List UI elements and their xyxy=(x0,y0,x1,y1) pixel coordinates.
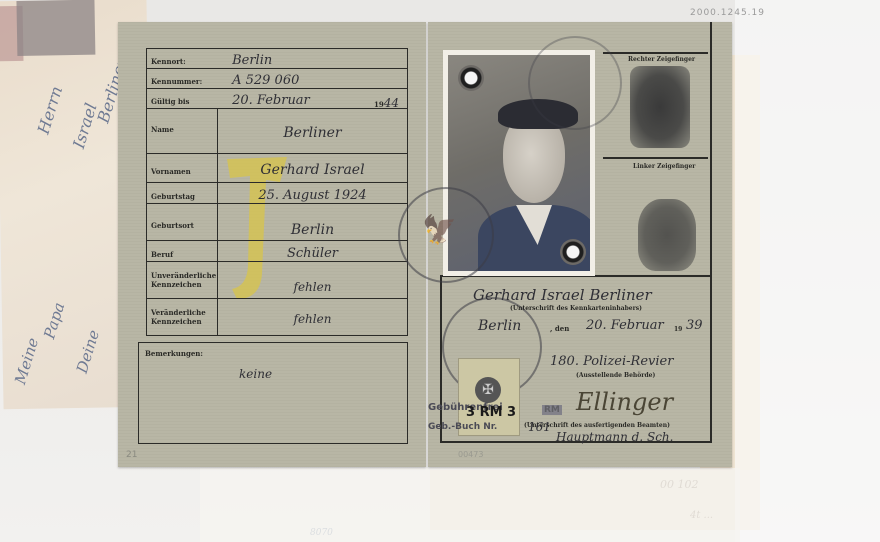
table-row: Kennummer: A 529 060 xyxy=(147,69,408,89)
table-row: Unveränderliche Kennzeichen fehlen xyxy=(147,262,408,299)
field-label: Kennummer: xyxy=(151,77,215,86)
left-finger-label: Linker Zeigefinger xyxy=(633,163,695,170)
issue-place: Berlin xyxy=(478,318,521,334)
letter-text: Herrn xyxy=(34,84,67,136)
field-label: Unveränderliche Kennzeichen xyxy=(151,271,213,289)
issuing-authority-caption: (Ausstellende Behörde) xyxy=(576,372,655,379)
issue-date: 20. Februar xyxy=(586,318,664,333)
archive-number: 2000.1245.19 xyxy=(690,8,765,18)
field-value: fehlen xyxy=(294,312,332,326)
table-row: Kennort: Berlin xyxy=(147,49,408,69)
divider xyxy=(603,52,708,54)
left-index-fingerprint xyxy=(638,199,696,271)
field-value: fehlen xyxy=(294,280,332,294)
emblem-icon: ✠ xyxy=(475,377,501,403)
kennkarte-right-page: Rechter Zeigefinger Linker Zeigefinger 🦅 xyxy=(428,22,732,467)
year-prefix: 19 xyxy=(374,100,384,109)
table-row: Name Berliner xyxy=(147,109,408,154)
police-seal xyxy=(528,36,622,130)
remarks-label: Bemerkungen: xyxy=(145,349,203,358)
eyelet-icon xyxy=(458,65,484,91)
field-value: Berlin xyxy=(291,222,334,238)
divider xyxy=(440,275,442,443)
issuing-authority: 180. Polizei-Revier xyxy=(550,354,673,369)
postage-stamp xyxy=(16,0,95,56)
field-value: Berliner xyxy=(283,125,341,141)
personal-data-table: Kennort: Berlin Kennummer: A 529 060 Gül… xyxy=(146,48,408,336)
archival-tissue xyxy=(200,468,740,542)
field-label: Name xyxy=(151,125,174,134)
holder-signature: Gerhard Israel Berliner xyxy=(473,286,652,304)
field-value: Gerhard Israel xyxy=(260,162,364,178)
table-row: Veränderliche Kennzeichen fehlen xyxy=(147,299,408,336)
right-index-fingerprint xyxy=(630,66,690,148)
field-value: Schüler xyxy=(287,246,338,261)
fee-stamp-extra: RM xyxy=(542,405,562,415)
table-row: Gültig bis 20. Februar 1944 xyxy=(147,89,408,109)
fee-amount: 3 RM 3 xyxy=(466,405,516,420)
table-row: Beruf Schüler xyxy=(147,241,408,262)
police-seal: 🦅 xyxy=(398,187,494,283)
den-label: , den xyxy=(550,324,569,333)
eyelet-icon xyxy=(560,239,586,265)
divider xyxy=(603,157,708,159)
field-label: Gültig bis xyxy=(151,97,215,106)
issue-year-prefix: 19 xyxy=(674,326,682,333)
remarks-box: Bemerkungen: keine xyxy=(138,342,408,444)
archival-tissue xyxy=(735,0,880,542)
field-value: 25. August 1924 xyxy=(258,188,366,203)
field-label: Geburtsort xyxy=(151,221,194,230)
remarks-value: keine xyxy=(239,367,272,381)
letter-text: Papa xyxy=(40,300,68,341)
serial-number: 00473 xyxy=(458,450,483,459)
issue-year-suffix: 39 xyxy=(686,318,703,333)
official-title: Hauptmann d. Sch. xyxy=(556,430,673,444)
divider xyxy=(710,22,712,442)
official-signature: Ellinger xyxy=(576,388,673,416)
letter-text: Meine xyxy=(11,336,42,387)
field-label: Veränderliche Kennzeichen xyxy=(151,308,213,326)
right-finger-label: Rechter Zeigefinger xyxy=(628,56,695,63)
kennkarte: Kennort: Berlin Kennummer: A 529 060 Gül… xyxy=(118,22,732,467)
table-row: Vornamen Gerhard Israel xyxy=(147,154,408,183)
table-row: Geburtstag 25. August 1924 xyxy=(147,183,408,204)
letter-text: Deine xyxy=(73,328,103,376)
field-value: A 529 060 xyxy=(232,73,299,88)
table-row: Geburtsort Berlin xyxy=(147,204,408,241)
field-label: Beruf xyxy=(151,250,173,259)
kennkarte-left-page: Kennort: Berlin Kennummer: A 529 060 Gül… xyxy=(118,22,426,467)
fee-book-number: 161 xyxy=(528,420,551,434)
field-label: Vornamen xyxy=(151,167,191,176)
fee-book-label: Geb.-Buch Nr. xyxy=(428,422,497,432)
field-label: Geburtstag xyxy=(151,192,195,201)
field-value: 20. Februar xyxy=(232,93,310,108)
field-value: Berlin xyxy=(232,53,272,68)
field-label: Kennort: xyxy=(151,57,215,66)
eagle-icon: 🦅 xyxy=(422,213,457,246)
page-number: 21 xyxy=(126,450,137,460)
year-suffix: 44 xyxy=(384,96,399,110)
holder-signature-caption: (Unterschrift des Kennkarteninhabers) xyxy=(510,305,642,312)
